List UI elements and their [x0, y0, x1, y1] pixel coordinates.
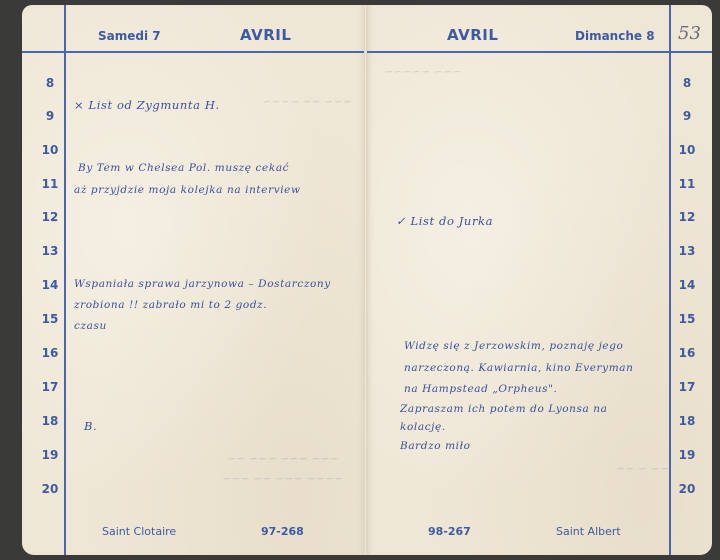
hour-label: 8 — [35, 76, 65, 90]
hour-label: 12 — [672, 210, 702, 224]
hour-label: 14 — [35, 278, 65, 292]
page-number-mark: 53 — [678, 23, 701, 44]
hour-label: 18 — [35, 414, 65, 428]
day-label: Dimanche 8 — [575, 29, 655, 43]
day-label: Samedi 7 — [98, 29, 161, 43]
hour-label: 10 — [35, 143, 65, 157]
hour-label: 13 — [672, 244, 702, 258]
hour-label: 10 — [672, 143, 702, 157]
handwritten-entry: aż przyjdzie moja kolejka na interview — [74, 182, 301, 199]
handwritten-entry: czasu — [74, 318, 107, 335]
bleed-through-text: ~~~ ~~~ ~~~ ~~ — [227, 450, 339, 467]
open-planner-book: Samedi 7 AVRIL 8 9 10 11 12 13 14 15 16 … — [22, 5, 712, 555]
day-of-year-count: 97-268 — [261, 525, 304, 538]
header-rule — [22, 51, 366, 53]
handwritten-entry: × List od Zygmunta H. — [74, 97, 220, 114]
hour-label: 9 — [35, 109, 65, 123]
hour-label: 15 — [672, 312, 702, 326]
handwritten-entry: zrobiona !! zabrało mi to 2 godz. — [74, 297, 267, 314]
handwritten-entry: na Hampstead „Orpheus". — [404, 381, 557, 398]
handwritten-entry: Zapraszam ich potem do Lyonsa na — [400, 401, 608, 418]
handwritten-entry: ✓ List do Jurka — [396, 213, 493, 230]
left-page-samedi: Samedi 7 AVRIL 8 9 10 11 12 13 14 15 16 … — [22, 5, 366, 555]
hour-label: 19 — [672, 448, 702, 462]
saint-of-day: Saint Clotaire — [102, 525, 176, 538]
header-rule — [366, 51, 712, 53]
bleed-through-text: ~~~ ~~ ~~~~ — [262, 93, 352, 110]
hour-column-rule — [669, 5, 671, 555]
bleed-through-text: ~~~ ~~~~~ — [384, 63, 461, 80]
handwritten-entry: B. — [84, 418, 97, 435]
hour-label: 8 — [672, 76, 702, 90]
hour-label: 19 — [35, 448, 65, 462]
handwritten-entry: Widzę się z Jerzowskim, poznaję jego — [404, 338, 623, 355]
hour-label: 17 — [672, 380, 702, 394]
hour-label: 20 — [35, 482, 65, 496]
hour-label: 11 — [35, 177, 65, 191]
handwritten-entry: Wspaniała sprawa jarzynowa – Dostarczony — [74, 276, 331, 293]
hour-label: 18 — [672, 414, 702, 428]
month-label: AVRIL — [240, 26, 291, 44]
bleed-through-text: ~~~~ ~~~ ~~ ~~~ — [222, 470, 343, 487]
hour-label: 15 — [35, 312, 65, 326]
bleed-through-text: ~~ ~ ~~ — [616, 460, 669, 477]
hour-label: 14 — [672, 278, 702, 292]
month-label: AVRIL — [447, 26, 498, 44]
hour-label: 9 — [672, 109, 702, 123]
hour-label: 12 — [35, 210, 65, 224]
day-of-year-count: 98-267 — [428, 525, 471, 538]
hour-label: 11 — [672, 177, 702, 191]
handwritten-entry: Bardzo miło — [400, 438, 471, 455]
hour-label: 20 — [672, 482, 702, 496]
hour-label: 13 — [35, 244, 65, 258]
hour-label: 16 — [35, 346, 65, 360]
right-page-dimanche: AVRIL Dimanche 8 53 8 9 10 11 12 13 14 1… — [366, 5, 712, 555]
handwritten-entry: By Tem w Chelsea Pol. muszę cekać — [78, 160, 289, 177]
hour-label: 16 — [672, 346, 702, 360]
hour-label: 17 — [35, 380, 65, 394]
saint-of-day: Saint Albert — [556, 525, 621, 538]
book-spine — [364, 5, 367, 555]
handwritten-entry: narzeczoną. Kawiarnia, kino Everyman — [404, 360, 634, 377]
handwritten-entry: kolację. — [400, 419, 446, 436]
